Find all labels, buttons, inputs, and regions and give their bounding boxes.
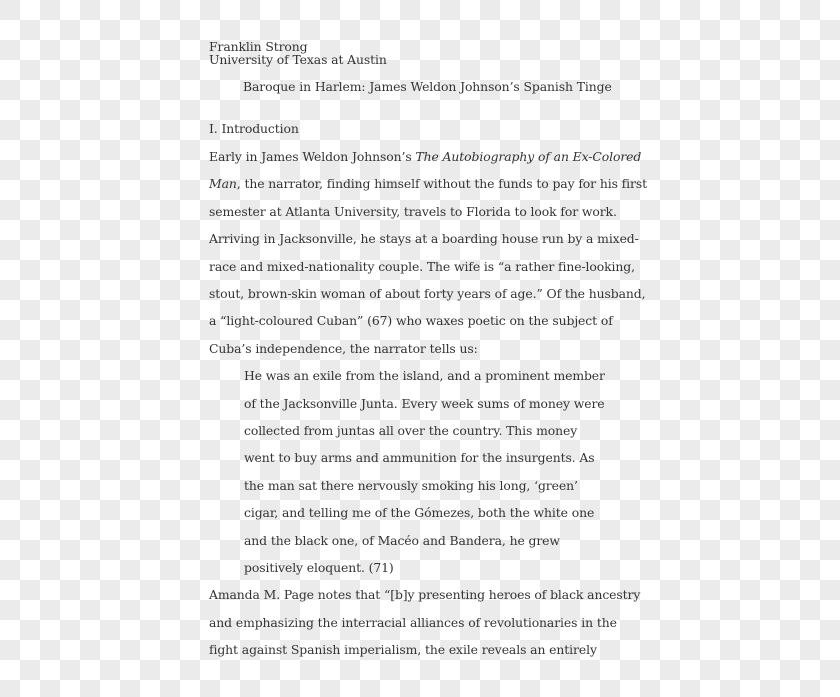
quote-line: and the black one, of Macéo and Bandera,… [244,534,560,548]
quote-line: cigar, and telling me of the Gómezes, bo… [244,506,594,520]
author-affiliation: University of Texas at Austin [209,53,387,67]
text-line: Early in James Weldon Johnson’s The Auto… [209,150,641,164]
section-heading: I. Introduction [209,122,299,136]
italic-book-title: The Autobiography of an Ex-Colored [415,149,641,164]
text-line: fight against Spanish imperialism, the e… [209,643,597,657]
text-line: Amanda M. Page notes that “[b]y presenti… [209,588,640,602]
text-line: and emphasizing the interracial alliance… [209,616,617,630]
text-segment: Early in James Weldon Johnson’s [209,149,415,164]
text-line: stout, brown-skin woman of about forty y… [209,287,645,301]
text-line: race and mixed-nationality couple. The w… [209,260,635,274]
quote-line: collected from juntas all over the count… [244,424,577,438]
text-line: Man, the narrator, finding himself witho… [209,177,647,191]
text-segment: , the narrator, finding himself without … [237,176,647,191]
text-segment: race and mixed-nationality couple. The w… [209,259,635,274]
quote-line: positively eloquent. (71) [244,561,394,575]
quote-line: went to buy arms and ammunition for the … [244,451,595,465]
quote-line: the man sat there nervously smoking his … [244,479,578,493]
text-line: semester at Atlanta University, travels … [209,205,617,219]
paper-title: Baroque in Harlem: James Weldon Johnson’… [243,80,612,94]
text-segment: a “light-coloured Cuban” (67) who waxes … [209,313,613,328]
quote-line: He was an exile from the island, and a p… [244,369,605,383]
text-segment: semester at Atlanta University, travels … [209,204,617,219]
text-segment: Arriving in Jacksonville, he stays at a … [209,231,639,246]
text-line: a “light-coloured Cuban” (67) who waxes … [209,314,613,328]
italic-book-title: Man [209,176,237,191]
text-segment: Cuba’s independence, the narrator tells … [209,341,478,356]
text-line: Cuba’s independence, the narrator tells … [209,342,478,356]
text-line: Arriving in Jacksonville, he stays at a … [209,232,639,246]
quote-line: of the Jacksonville Junta. Every week su… [244,397,605,411]
text-segment: stout, brown-skin woman of about forty y… [209,286,645,301]
document-page: Franklin Strong University of Texas at A… [0,0,840,697]
